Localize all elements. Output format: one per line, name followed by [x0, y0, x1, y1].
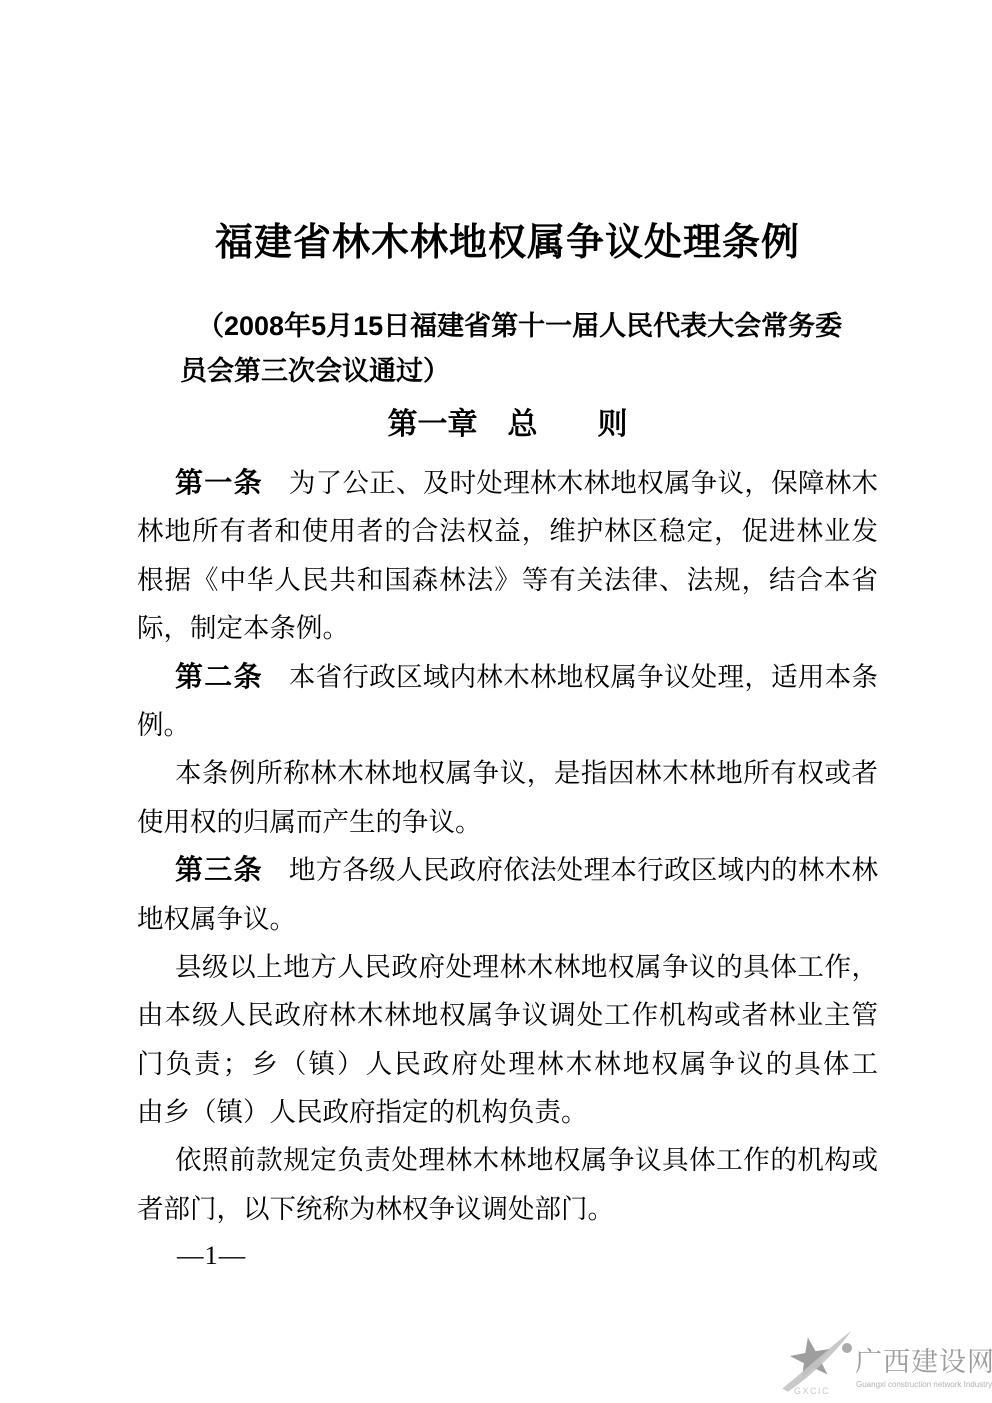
body-line: 林地所有者和使用者的合法权益，维护林区稳定，促进林业发展 [137, 507, 878, 555]
watermark: GXCIC 广西建设网 Guangxi construction network… [770, 1325, 992, 1403]
document-page: 福建省林木林地权属争议处理条例 （2008年5月15日福建省第十一届人民代表大会… [0, 0, 992, 1403]
subtitle-line-2: 员会第三次会议通过） [180, 349, 900, 394]
chapter-heading: 第一章 总 则 [137, 407, 878, 443]
body-line: 门负责；乡（镇）人民政府处理林木林地权属争议的具体工作， [137, 1040, 878, 1088]
body-line: 际，制定本条例。 [137, 604, 878, 652]
body-line-text: 地方各级人民政府依法处理本行政区域内的林木林 [289, 855, 878, 885]
body-line: 依照前款规定负责处理林木林地权属争议具体工作的机构或 [137, 1136, 878, 1184]
article-number: 第三条 [175, 854, 263, 885]
page-number: —1— [177, 1231, 246, 1279]
logo-acronym: GXCIC [794, 1386, 830, 1396]
body-line: 者部门，以下统称为林权争议调处部门。 [137, 1185, 878, 1233]
logo-dot [842, 1343, 852, 1353]
body-line: 第一条为了公正、及时处理林木林地权属争议，保障林木 [137, 459, 878, 507]
article-number: 第二条 [175, 661, 263, 692]
body-line-text: 为了公正、及时处理林木林地权属争议，保障林木 [289, 468, 878, 498]
document-subtitle: （2008年5月15日福建省第十一届人民代表大会常务委 员会第三次会议通过） [180, 304, 900, 394]
body-line: 根据《中华人民共和国森林法》等有关法律、法规，结合本省实 [137, 556, 878, 604]
article-number: 第一条 [175, 467, 263, 498]
subtitle-line-1: （2008年5月15日福建省第十一届人民代表大会常务委 [197, 304, 900, 349]
body-line: 由本级人民政府林木林地权属争议调处工作机构或者林业主管部 [137, 991, 878, 1039]
body-line: 由乡（镇）人民政府指定的机构负责。 [137, 1088, 878, 1136]
body-text: 第一条为了公正、及时处理林木林地权属争议，保障林木 林地所有者和使用者的合法权益… [137, 459, 878, 1233]
body-line-text: 本省行政区域内林木林地权属争议处理，适用本条 [289, 662, 878, 692]
body-line: 第三条地方各级人民政府依法处理本行政区域内的林木林 [137, 846, 878, 894]
star-logo-icon: GXCIC [776, 1331, 860, 1399]
body-line: 地权属争议。 [137, 895, 878, 943]
watermark-caption: Guangxi construction network Industry Ed… [856, 1380, 992, 1389]
body-line: 本条例所称林木林地权属争议，是指因林木林地所有权或者 [137, 749, 878, 797]
body-line: 例。 [137, 701, 878, 749]
body-line: 县级以上地方人民政府处理林木林地权属争议的具体工作， [137, 943, 878, 991]
watermark-site-name: 广西建设网 [855, 1347, 992, 1377]
body-line: 第二条本省行政区域内林木林地权属争议处理，适用本条 [137, 653, 878, 701]
body-line: 使用权的归属而产生的争议。 [137, 798, 878, 846]
document-title: 福建省林木林地权属争议处理条例 [137, 221, 878, 265]
